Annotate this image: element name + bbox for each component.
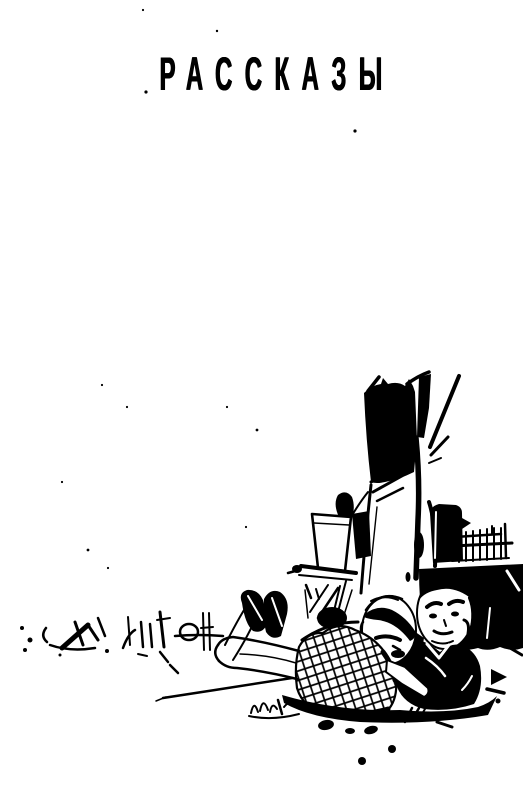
pot-and-fence (430, 504, 512, 563)
scan-speck-dots (61, 9, 357, 569)
book-illustration (0, 0, 523, 800)
book-page: РАССКАЗЫ (0, 0, 523, 800)
front-boy (215, 590, 428, 716)
flag-mark (491, 669, 507, 685)
shadow-strip (352, 511, 371, 559)
front-boy-shoes (241, 590, 288, 638)
pail-and-leaf (288, 492, 371, 599)
stick (156, 678, 292, 701)
grass-left (20, 612, 223, 673)
ground-squiggle (249, 700, 299, 718)
